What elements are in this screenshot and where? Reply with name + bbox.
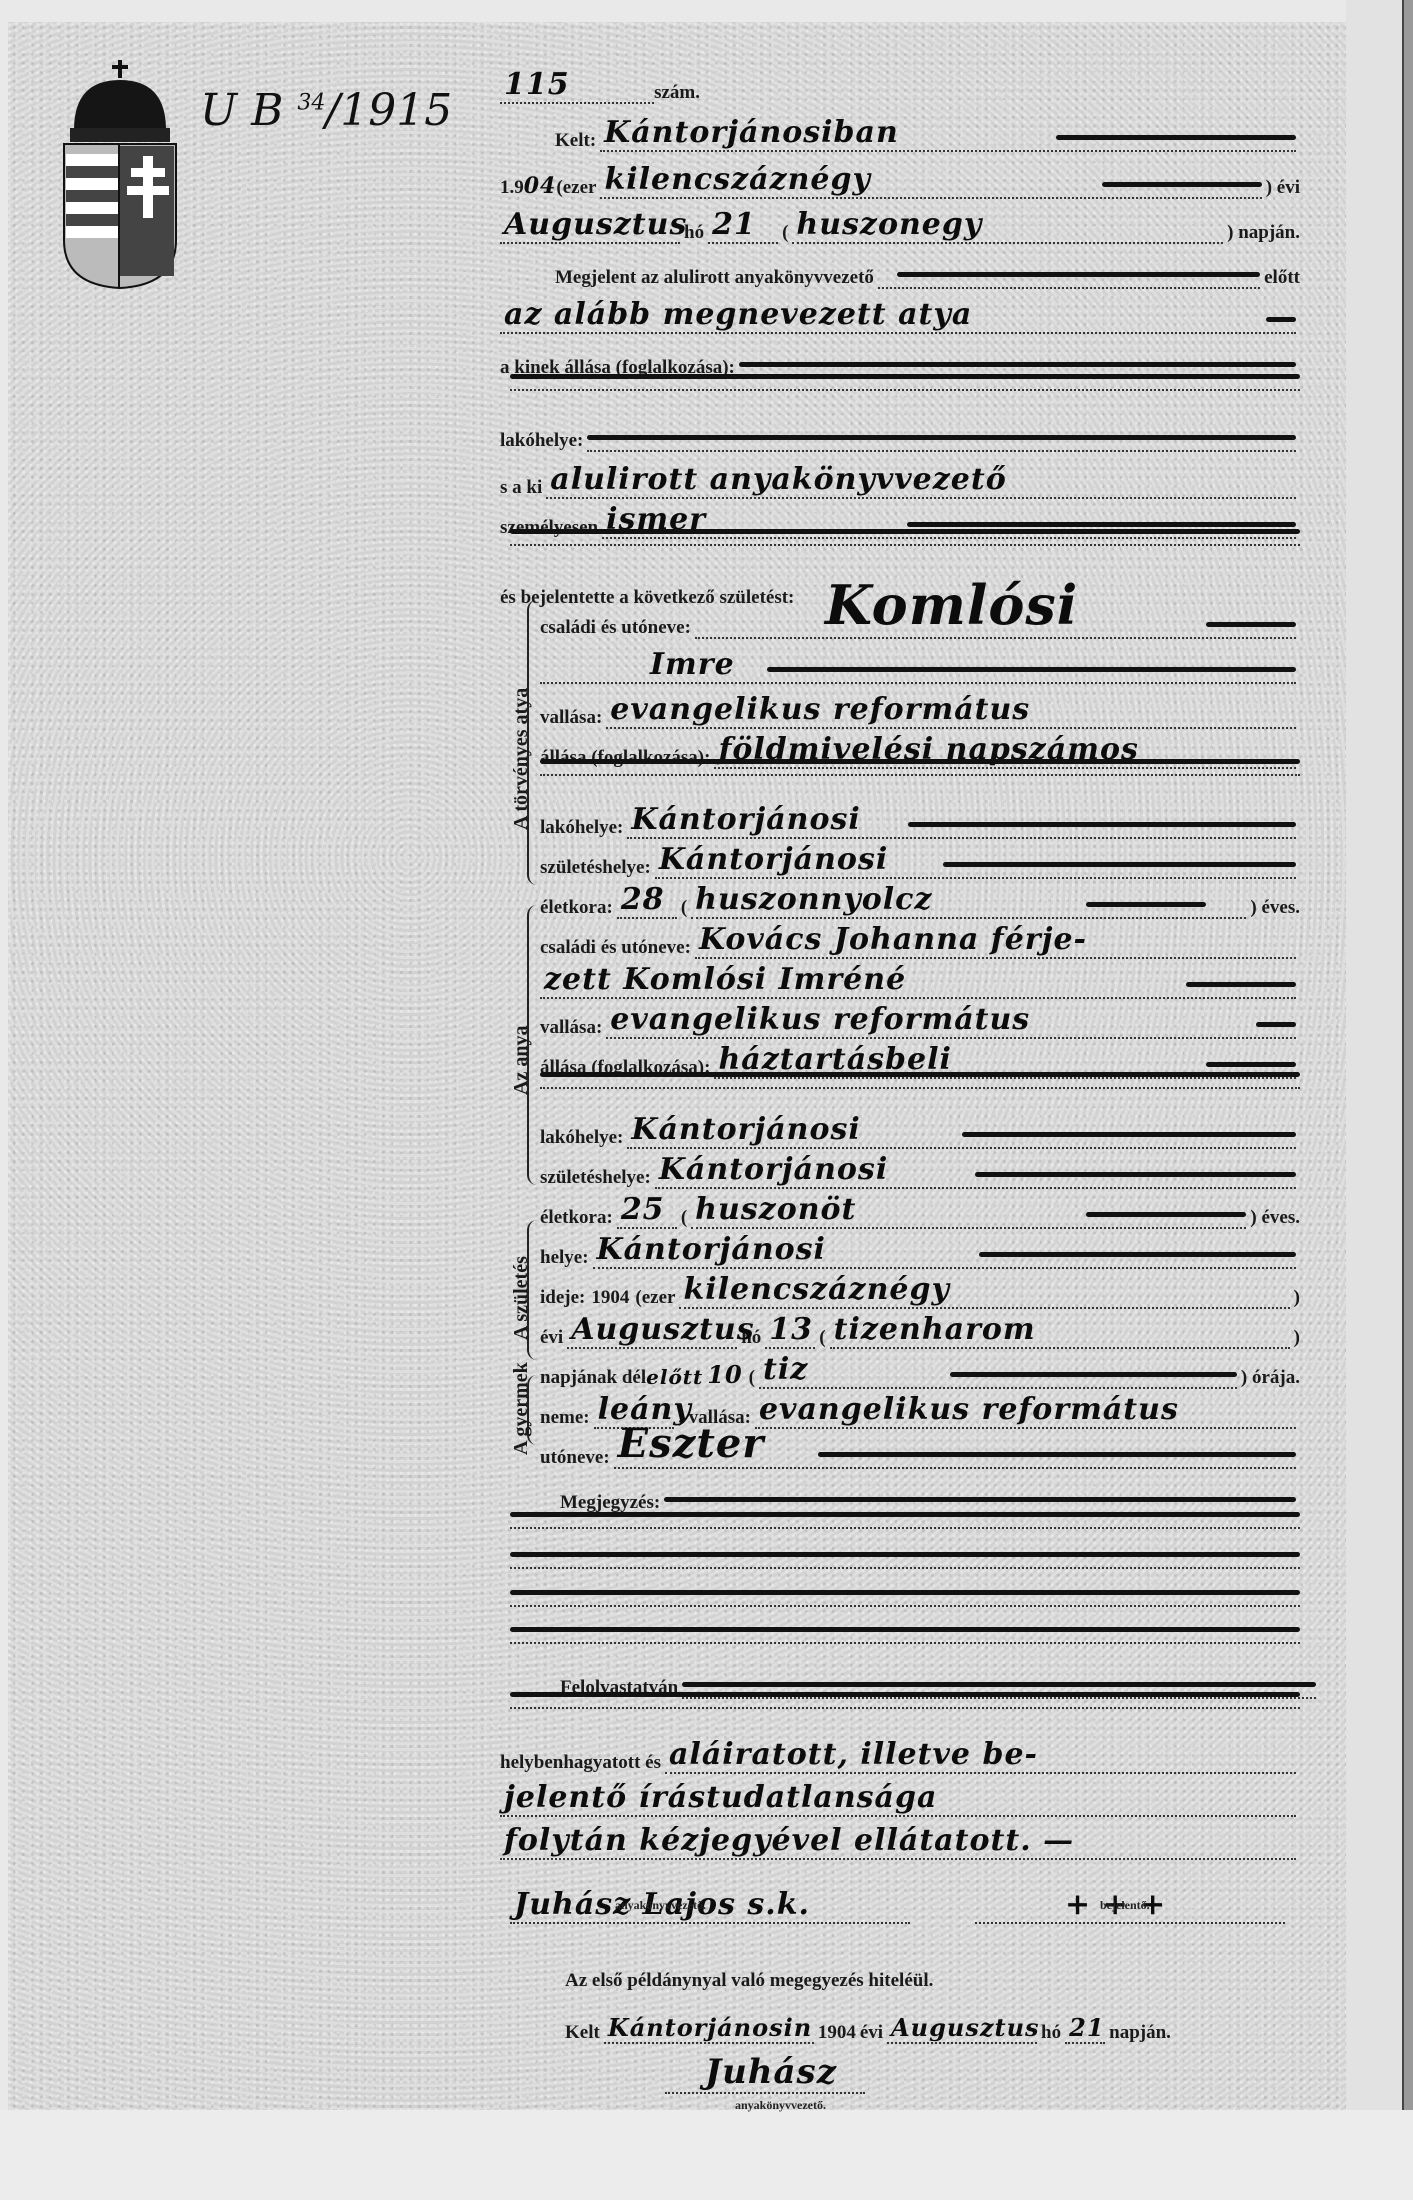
certification-month: Augusztus xyxy=(891,2013,1040,2042)
certification-signature: Juhász xyxy=(705,2052,837,2092)
certification-year: 1904 xyxy=(818,2022,856,2044)
mother-section-label: Az anya xyxy=(510,1026,533,1095)
birth-year: 1904 xyxy=(591,1287,629,1309)
father-residence: Kántorjánosi xyxy=(631,802,860,837)
certification-text: Az első példánynyal való megegyezés hite… xyxy=(565,1970,933,1992)
approved-line3: folytán kézjegyével ellátatott. — xyxy=(504,1823,1074,1858)
mother-occupation-row-2 xyxy=(540,1065,1300,1089)
mother-name-row: családi és utóneve: Kovács Johanna férje… xyxy=(540,925,1300,959)
father-age: 28 xyxy=(621,882,665,917)
approved-row-3: folytán kézjegyével ellátatott. — xyxy=(500,1826,1300,1860)
father-given-row: Imre xyxy=(540,650,1300,684)
mother-residence: Kántorjánosi xyxy=(631,1112,860,1147)
read-line-2 xyxy=(510,1685,1300,1709)
page-edge xyxy=(1402,0,1413,2200)
registration-day: 21 xyxy=(712,207,756,242)
approved-line1: aláiratott, illetve be- xyxy=(669,1737,1038,1772)
remarks-line-2 xyxy=(510,1505,1300,1529)
certification-date-row: Kelt Kántorjánosin 1904 évi Augusztus hó… xyxy=(565,2010,1300,2044)
mother-age-row: életkora: 25 ( huszonöt ) éves. xyxy=(540,1195,1300,1229)
father-surname: Komlósi xyxy=(825,573,1078,637)
registration-date-row: Augusztus hó 21 ( huszonegy ) napján. xyxy=(500,210,1300,244)
father-occupation-row-2 xyxy=(540,752,1300,776)
father-given-name: Imre xyxy=(650,647,735,682)
approved-row: helybenhagyatott és aláiratott, illetve … xyxy=(500,1740,1300,1774)
certification-day: 21 xyxy=(1069,2013,1104,2042)
appeared-who-row: az alább megnevezett atya xyxy=(500,300,1300,334)
certification-place: Kántorjánosin xyxy=(608,2013,812,2042)
birth-year-row: ideje: 1904 (ezer kilencszáznégy ) xyxy=(540,1275,1300,1309)
registrar-label: anyakönyvvezető. xyxy=(615,1898,706,1913)
father-age-row: életkora: 28 ( huszonnyolcz ) éves. xyxy=(540,885,1300,919)
mother-name-line1: Kovács Johanna férje- xyxy=(699,922,1087,957)
child-given-name: Eszter xyxy=(618,1420,765,1467)
registration-year-words: kilencszáznégy xyxy=(604,162,870,197)
birth-year-words: kilencszáznégy xyxy=(683,1272,949,1307)
remarks-line-5 xyxy=(510,1620,1300,1644)
appeared-who: az alább megnevezett atya xyxy=(504,297,972,332)
record-number: 115 xyxy=(504,67,570,102)
birth-hour: 10 xyxy=(707,1360,742,1389)
registrar-signature-row: Juhász Lajos s.k. xyxy=(510,1890,910,1924)
archive-reference-note: U B 34/1915 xyxy=(200,85,452,136)
registration-month: Augusztus xyxy=(504,207,687,242)
mother-religion: evangelikus református xyxy=(610,1002,1030,1037)
child-name-row: utóneve: Eszter xyxy=(540,1435,1300,1469)
father-section-label: A törvényes atya xyxy=(510,688,533,830)
occupation-row-2 xyxy=(510,367,1300,391)
birth-day-words: tizenharom xyxy=(834,1312,1036,1347)
birth-month: Augusztus xyxy=(571,1312,754,1347)
registration-year-row: 1.9 04 (ezer kilencszáznégy ) évi xyxy=(500,165,1300,199)
remarks-line-4 xyxy=(510,1583,1300,1607)
person-row-2 xyxy=(510,522,1300,546)
mother-name-line2: zett Komlósi Imréné xyxy=(544,962,906,997)
hungarian-coat-of-arms-icon xyxy=(60,60,180,290)
birth-hour-row: napjának dél előtt 10 ( tiz ) órája. xyxy=(540,1355,1300,1389)
father-residence-row: lakóhelye: Kántorjánosi xyxy=(540,805,1300,839)
birth-hour-prefix: előtt xyxy=(646,1365,703,1389)
father-religion-row: vallása: evangelikus református xyxy=(540,695,1300,729)
birth-hour-words: tiz xyxy=(763,1352,808,1387)
child-religion: evangelikus református xyxy=(759,1392,1179,1427)
mother-name-row-2: zett Komlósi Imréné xyxy=(540,965,1300,999)
identity-value: alulirott anyakönyvvezető xyxy=(550,462,1007,497)
approved-row-2: jelentő írástudatlansága xyxy=(500,1783,1300,1817)
page-bottom-margin xyxy=(0,2110,1413,2200)
birth-day: 13 xyxy=(769,1312,813,1347)
birth-place: Kántorjánosi xyxy=(597,1232,826,1267)
page-margin xyxy=(1346,0,1404,2200)
mother-residence-row: lakóhelye: Kántorjánosi xyxy=(540,1115,1300,1149)
birth-date-row: évi Augusztus hó 13 ( tizenharom ) xyxy=(540,1315,1300,1349)
remarks-line-3 xyxy=(510,1545,1300,1569)
birth-section-label: A születés xyxy=(510,1256,533,1340)
birth-place-row: helye: Kántorjánosi xyxy=(540,1235,1300,1269)
father-religion: evangelikus református xyxy=(610,692,1030,727)
record-number-row: 115 szám. xyxy=(500,70,700,104)
father-surname-row: családi és utóneve: Komlósi xyxy=(540,605,1300,639)
mother-age-words: huszonöt xyxy=(695,1192,856,1227)
kelt-row: Kelt: Kántorjánosiban xyxy=(500,118,1300,152)
registration-day-words: huszonegy xyxy=(796,207,982,242)
certification-signature-row: Juhász xyxy=(665,2060,865,2094)
approved-line2: jelentő írástudatlansága xyxy=(504,1780,937,1815)
kelt-place: Kántorjánosiban xyxy=(604,115,899,150)
father-age-words: huszonnyolcz xyxy=(695,882,932,917)
identity-row: s a ki alulirott anyakönyvvezető xyxy=(500,465,1300,499)
mother-birthplace: Kántorjánosi xyxy=(659,1152,888,1187)
residence-row: lakóhelye: xyxy=(500,418,1300,452)
declarant-label: bejelentő. xyxy=(1100,1898,1150,1913)
child-section-label: A gyermek xyxy=(510,1362,533,1455)
mother-religion-row: vallása: evangelikus református xyxy=(540,1005,1300,1039)
mother-birthplace-row: születéshelye: Kántorjánosi xyxy=(540,1155,1300,1189)
certification-signature-label: anyakönyvvezető. xyxy=(735,2098,826,2113)
appeared-row: Megjelent az alulirott anyakönyvvezető e… xyxy=(500,255,1300,289)
father-birthplace: Kántorjánosi xyxy=(659,842,888,877)
mother-age: 25 xyxy=(621,1192,665,1227)
father-birthplace-row: születéshelye: Kántorjánosi xyxy=(540,845,1300,879)
